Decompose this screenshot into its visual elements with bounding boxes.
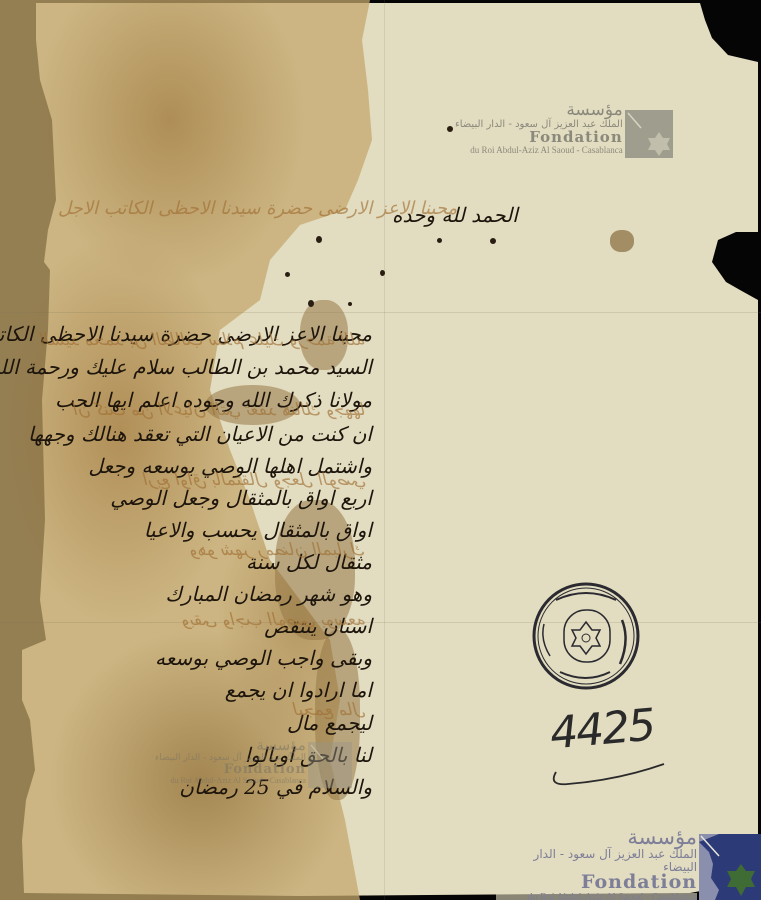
watermark-arabic-title: مؤسسة: [155, 738, 306, 754]
ink-spot: [285, 272, 290, 277]
ink-spot: [447, 126, 453, 132]
document-heading: الحمد لله وحده: [392, 203, 518, 227]
body-line: السيد محمد بن الطالب سلام عليك ورحمة الل…: [0, 355, 372, 379]
watermark-latin-subtitle: du Roi Abdul-Aziz Al Saoud - Casablanca: [155, 777, 306, 785]
body-line: وهو شهر رمضان المبارك: [165, 582, 372, 606]
catalog-number: 4425: [548, 700, 656, 760]
watermark-latin-title: Fondation: [455, 130, 623, 146]
watermark-latin-subtitle: du Roi Abdul-Aziz Al Saoud - Casablanca: [455, 146, 623, 155]
bleed-through-text: اربع اواق بالمثقال وجعل الوصي: [144, 470, 366, 490]
watermark-arabic-subtitle: الملك عبد العزيز آل سعود - الدار البيضاء: [496, 848, 697, 873]
ink-spot: [380, 270, 385, 276]
fold-line-horizontal: [0, 312, 761, 313]
fold-line-horizontal: [0, 622, 761, 623]
bleed-through-text: ليجمع مال: [294, 700, 366, 720]
watermark-latin-title: Fondation: [496, 873, 697, 893]
bleed-through-text: ان كنت من الاعيان التي تعقد هنالك وجهها: [74, 400, 366, 420]
watermark-latin-title: Fondation: [155, 763, 306, 777]
stain-blob: [610, 230, 634, 252]
foundation-logo-icon: [625, 110, 673, 158]
bleed-through-text: السيد محمد بن الطالب سلام عليك ورحمة الل…: [41, 330, 366, 350]
bleed-through-text: وبقى واجب الوصي بوسعه: [182, 610, 366, 630]
manuscript-scan: محبنا الاعز الارضى حضرة سيدنا الاحظى الك…: [0, 0, 761, 900]
ink-spot: [348, 302, 352, 306]
ink-spot: [437, 238, 442, 243]
ink-spot: [308, 300, 314, 307]
ink-spot: [490, 238, 496, 244]
official-seal-stamp: [530, 580, 642, 696]
foundation-watermark-bottom: مؤسسة الملك عبد العزيز آل سعود - الدار ا…: [496, 826, 761, 900]
body-line: وبقى واجب الوصي بوسعه: [155, 646, 372, 670]
ink-spot: [316, 236, 322, 243]
body-line: اواق بالمثقال يحسب والاعيا: [144, 518, 372, 542]
foundation-logo-icon: [699, 834, 761, 900]
watermark-arabic-title: مؤسسة: [455, 102, 623, 120]
watermark-latin-subtitle: du Roi Abdul-Aziz Al Saoud - Casablanca: [496, 893, 697, 900]
bleed-through-text: وهو شهر رمضان المبارك: [190, 540, 366, 560]
foundation-logo-icon: [308, 742, 352, 788]
watermark-arabic-title: مؤسسة: [496, 826, 697, 848]
foundation-watermark-top: مؤسسة الملك عبد العزيز آل سعود - الدار ا…: [455, 102, 673, 158]
body-line: ان كنت من الاعيان التي تعقد هنالك وجهها: [28, 422, 372, 446]
catalog-underline-stroke: [548, 760, 668, 790]
foundation-watermark-middle: مؤسسة الملك عبد العزيز آل سعود - الدار ا…: [155, 738, 352, 788]
body-line: اما ارادوا ان يجمع: [225, 678, 372, 702]
fold-line-vertical: [384, 0, 385, 900]
